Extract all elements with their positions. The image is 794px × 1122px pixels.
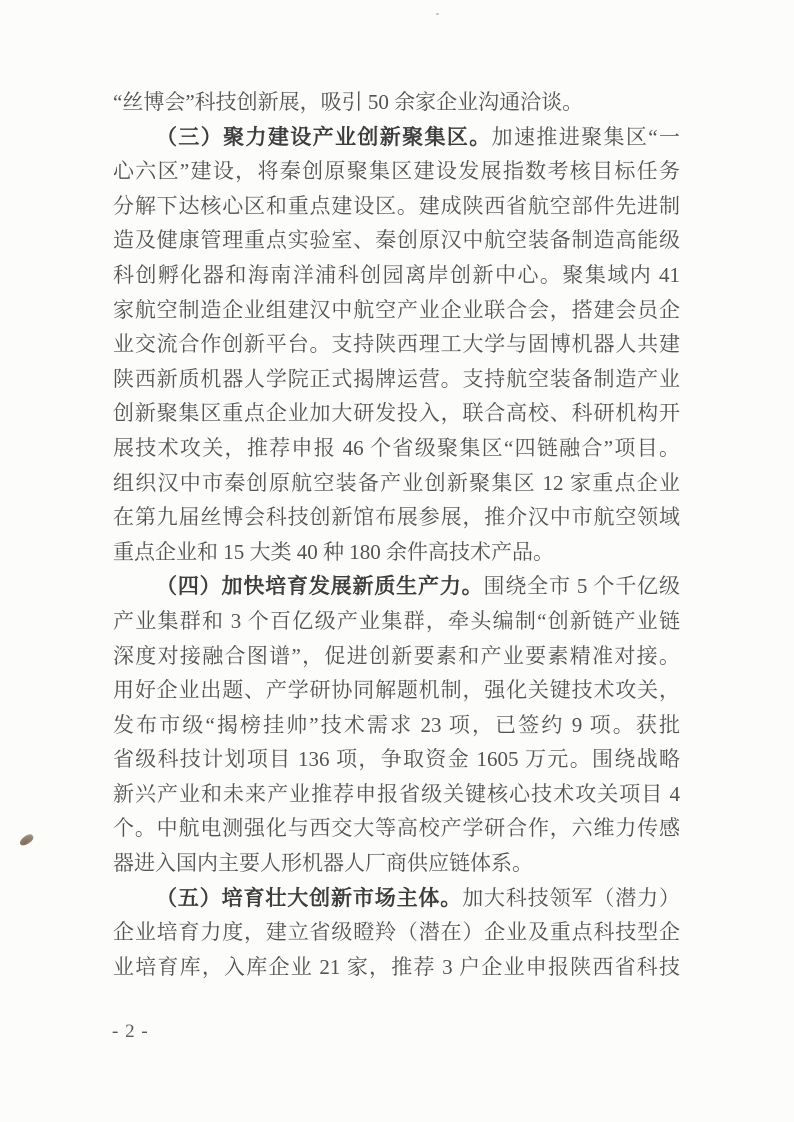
- line-text: 产业集群和 3 个百亿级产业集群，牵头编制“创新链产业链: [113, 609, 680, 633]
- line-text: 省级科技计划项目 136 项，争取资金 1605 万元。围绕战略: [113, 747, 680, 771]
- text-line: 深度对接融合图谱”，促进创新要素和产业要素精准对接。: [113, 639, 680, 674]
- text-line: 业交流合作创新平台。支持陕西理工大学与固博机器人共建: [113, 327, 680, 362]
- paragraph-start-line: （四）加快培育发展新质生产力。围绕全市 5 个千亿级: [113, 569, 680, 604]
- document-body: “丝博会”科技创新展，吸引 50 余家企业沟通洽谈。 （三）聚力建设产业创新聚集…: [113, 85, 680, 984]
- paragraph-start-line: （五）培育壮大创新市场主体。加大科技领军（潜力）: [113, 881, 680, 916]
- line-text: 业交流合作创新平台。支持陕西理工大学与固博机器人共建: [113, 332, 680, 356]
- line-text: 陕西新质机器人学院正式揭牌运营。支持航空装备制造产业: [113, 367, 680, 391]
- scan-speck: [436, 13, 439, 15]
- text-line: 企业培育力度，建立省级瞪羚（潜在）企业及重点科技型企: [113, 915, 680, 950]
- text-line: 器进入国内主要人形机器人厂商供应链体系。: [113, 846, 680, 881]
- paragraph-lead: （四）加快培育发展新质生产力。: [156, 574, 484, 598]
- paragraph-lead: （三）聚力建设产业创新聚集区。: [156, 125, 492, 149]
- line-text: 新兴产业和未来产业推荐申报省级关键核心技术攻关项目 4: [113, 782, 680, 806]
- text-line: 展技术攻关，推荐申报 46 个省级聚集区“四链融合”项目。: [113, 431, 680, 466]
- paragraph-start-line: （三）聚力建设产业创新聚集区。加速推进聚集区“一: [113, 120, 680, 155]
- text-line: 心六区”建设，将秦创原聚集区建设发展指数考核目标任务: [113, 154, 680, 189]
- text-line: 创新聚集区重点企业加大研发投入，联合高校、科研机构开: [113, 396, 680, 431]
- line-text: 分解下达核心区和重点建设区。建成陕西省航空部件先进制: [113, 194, 680, 218]
- text-line: 组织汉中市秦创原航空装备产业创新聚集区 12 家重点企业: [113, 466, 680, 501]
- text-line: 造及健康管理重点实验室、秦创原汉中航空装备制造高能级: [113, 223, 680, 258]
- line-text: 加大科技领军（潜力）: [462, 886, 680, 910]
- text-line: 发布市级“揭榜挂帅”技术需求 23 项，已签约 9 项。获批: [113, 708, 680, 743]
- text-line: 重点企业和 15 大类 40 种 180 余件高技术产品。: [113, 535, 680, 570]
- paragraph-lead: （五）培育壮大创新市场主体。: [156, 886, 462, 910]
- line-text: 重点企业和 15 大类 40 种 180 余件高技术产品。: [113, 540, 554, 564]
- text-line: 个。中航电测强化与西交大等高校产学研合作，六维力传感: [113, 811, 680, 846]
- document-page: “丝博会”科技创新展，吸引 50 余家企业沟通洽谈。 （三）聚力建设产业创新聚集…: [0, 0, 794, 1122]
- text-line: 新兴产业和未来产业推荐申报省级关键核心技术攻关项目 4: [113, 777, 680, 812]
- text-line: 用好企业出题、产学研协同解题机制，强化关键技术攻关，: [113, 673, 680, 708]
- text-line: 家航空制造企业组建汉中航空产业企业联合会，搭建会员企: [113, 293, 680, 328]
- line-text: 围绕全市 5 个千亿级: [484, 574, 681, 598]
- line-text: 科创孵化器和海南洋浦科创园离岸创新中心。聚集域内 41: [113, 263, 680, 287]
- text-line: 产业集群和 3 个百亿级产业集群，牵头编制“创新链产业链: [113, 604, 680, 639]
- line-text: 家航空制造企业组建汉中航空产业企业联合会，搭建会员企: [113, 298, 680, 322]
- line-text: 企业培育力度，建立省级瞪羚（潜在）企业及重点科技型企: [113, 920, 680, 944]
- line-text: 创新聚集区重点企业加大研发投入，联合高校、科研机构开: [113, 401, 680, 425]
- text-line: 陕西新质机器人学院正式揭牌运营。支持航空装备制造产业: [113, 362, 680, 397]
- text-line: “丝博会”科技创新展，吸引 50 余家企业沟通洽谈。: [113, 85, 680, 120]
- ink-smudge: [18, 833, 35, 848]
- page-number: - 2 -: [112, 1020, 149, 1044]
- line-text: 业培育库，入库企业 21 家，推荐 3 户企业申报陕西省科技: [113, 955, 680, 979]
- line-text: 加速推进聚集区“一: [492, 125, 680, 149]
- line-text: 造及健康管理重点实验室、秦创原汉中航空装备制造高能级: [113, 228, 680, 252]
- line-text: 发布市级“揭榜挂帅”技术需求 23 项，已签约 9 项。获批: [113, 713, 680, 737]
- text-line: 分解下达核心区和重点建设区。建成陕西省航空部件先进制: [113, 189, 680, 224]
- line-text: 心六区”建设，将秦创原聚集区建设发展指数考核目标任务: [113, 159, 680, 183]
- line-text: 个。中航电测强化与西交大等高校产学研合作，六维力传感: [113, 816, 680, 840]
- line-text: 深度对接融合图谱”，促进创新要素和产业要素精准对接。: [113, 644, 680, 668]
- text-line: 省级科技计划项目 136 项，争取资金 1605 万元。围绕战略: [113, 742, 680, 777]
- line-text: 在第九届丝博会科技创新馆布展参展，推介汉中市航空领域: [113, 505, 680, 529]
- line-text: 用好企业出题、产学研协同解题机制，强化关键技术攻关，: [113, 678, 680, 702]
- text-line: 业培育库，入库企业 21 家，推荐 3 户企业申报陕西省科技: [113, 950, 680, 985]
- line-text: 组织汉中市秦创原航空装备产业创新聚集区 12 家重点企业: [113, 471, 680, 495]
- text-line: 在第九届丝博会科技创新馆布展参展，推介汉中市航空领域: [113, 500, 680, 535]
- text-line: 科创孵化器和海南洋浦科创园离岸创新中心。聚集域内 41: [113, 258, 680, 293]
- line-text: 器进入国内主要人形机器人厂商供应链体系。: [113, 851, 533, 875]
- line-text: “丝博会”科技创新展，吸引 50 余家企业沟通洽谈。: [113, 90, 583, 114]
- line-text: 展技术攻关，推荐申报 46 个省级聚集区“四链融合”项目。: [113, 436, 680, 460]
